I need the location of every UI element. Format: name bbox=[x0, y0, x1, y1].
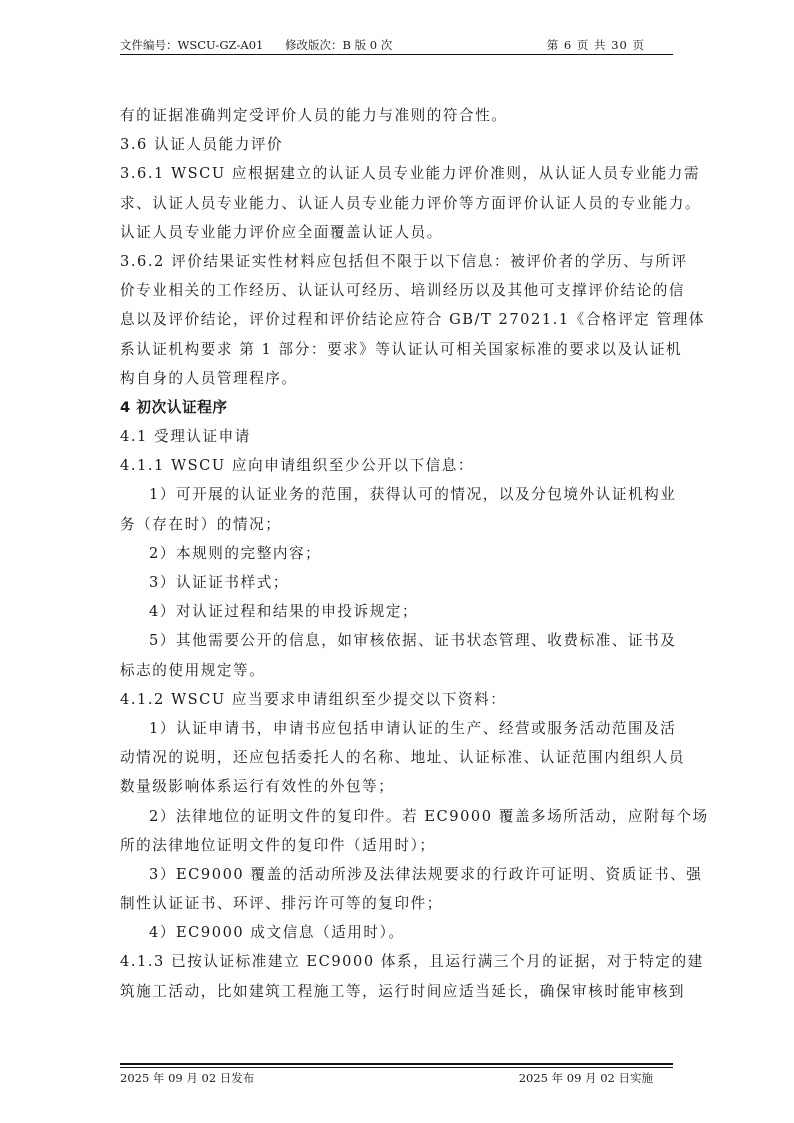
text-line: 3）EC9000 覆盖的活动所涉及法律法规要求的行政许可证明、资质证书、强 bbox=[120, 860, 676, 889]
text-line: 4.1 受理认证申请 bbox=[120, 422, 676, 451]
text-line: 务（存在时）的情况； bbox=[120, 510, 676, 539]
text-line: 求、认证人员专业能力、认证人员专业能力评价等方面评价认证人员的专业能力。 bbox=[120, 189, 676, 218]
text-line: 构自身的人员管理程序。 bbox=[120, 364, 676, 393]
text-line: 2）法律地位的证明文件的复印件。若 EC9000 覆盖多场所活动，应附每个场 bbox=[120, 802, 676, 831]
text-line: 筑施工活动，比如建筑工程施工等，运行时间应适当延长，确保审核时能审核到 bbox=[120, 977, 676, 1006]
text-line: 所的法律地位证明文件的复印件（适用时）； bbox=[120, 831, 676, 860]
section-heading: 4 初次认证程序 bbox=[120, 393, 676, 422]
text-line: 数量级影响体系运行有效性的外包等； bbox=[120, 772, 676, 801]
text-line: 3.6 认证人员能力评价 bbox=[120, 130, 676, 159]
text-line: 3）认证证书样式； bbox=[120, 568, 676, 597]
text-line: 认证人员专业能力评价应全面覆盖认证人员。 bbox=[120, 218, 676, 247]
document-body: 有的证据准确判定受评价人员的能力与准则的符合性。3.6 认证人员能力评价3.6.… bbox=[120, 101, 676, 1006]
text-line: 系认证机构要求 第 1 部分：要求》等认证认可相关国家标准的要求以及认证机 bbox=[120, 335, 676, 364]
text-line: 4.1.3 已按认证标准建立 EC9000 体系，且运行满三个月的证据，对于特定… bbox=[120, 947, 676, 976]
implementation-date: 2025 年 09 月 02 日实施 bbox=[519, 1069, 653, 1087]
text-line: 4）对认证过程和结果的申投诉规定； bbox=[120, 597, 676, 626]
text-line: 3.6.1 WSCU 应根据建立的认证人员专业能力评价准则，从认证人员专业能力需 bbox=[120, 159, 676, 188]
document-number: 文件编号：WSCU-GZ-A01 bbox=[120, 36, 263, 54]
text-line: 4.1.1 WSCU 应向申请组织至少公开以下信息： bbox=[120, 451, 676, 480]
text-line: 4.1.2 WSCU 应当要求申请组织至少提交以下资料： bbox=[120, 685, 676, 714]
issue-date: 2025 年 09 月 02 日发布 bbox=[120, 1069, 254, 1087]
text-line: 5）其他需要公开的信息，如审核依据、证书状态管理、收费标准、证书及 bbox=[120, 626, 676, 655]
text-line: 1）认证申请书，申请书应包括申请认证的生产、经营或服务活动范围及活 bbox=[120, 714, 676, 743]
text-line: 4）EC9000 成文信息（适用时）。 bbox=[120, 918, 676, 947]
text-line: 息以及评价结论，评价过程和评价结论应符合 GB/T 27021.1《合格评定 管… bbox=[120, 305, 676, 334]
page-header: 文件编号：WSCU-GZ-A01 修改版次：B 版 0 次 第 6 页 共 30… bbox=[120, 36, 673, 55]
page-indicator: 第 6 页 共 30 页 bbox=[547, 36, 645, 54]
page-footer: 2025 年 09 月 02 日发布 2025 年 09 月 02 日实施 bbox=[120, 1069, 673, 1087]
text-line: 制性认证证书、环评、排污许可等的复印件； bbox=[120, 889, 676, 918]
text-line: 3.6.2 评价结果证实性材料应包括但不限于以下信息：被评价者的学历、与所评 bbox=[120, 247, 676, 276]
text-line: 价专业相关的工作经历、认证认可经历、培训经历以及其他可支撑评价结论的信 bbox=[120, 276, 676, 305]
text-line: 动情况的说明，还应包括委托人的名称、地址、认证标准、认证范围内组织人员 bbox=[120, 743, 676, 772]
text-line: 1）可开展的认证业务的范围，获得认可的情况，以及分包境外认证机构业 bbox=[120, 480, 676, 509]
text-line: 有的证据准确判定受评价人员的能力与准则的符合性。 bbox=[120, 101, 676, 130]
text-line: 2）本规则的完整内容； bbox=[120, 539, 676, 568]
revision-number: 修改版次：B 版 0 次 bbox=[285, 36, 392, 54]
text-line: 标志的使用规定等。 bbox=[120, 656, 676, 685]
footer-divider bbox=[120, 1063, 673, 1068]
